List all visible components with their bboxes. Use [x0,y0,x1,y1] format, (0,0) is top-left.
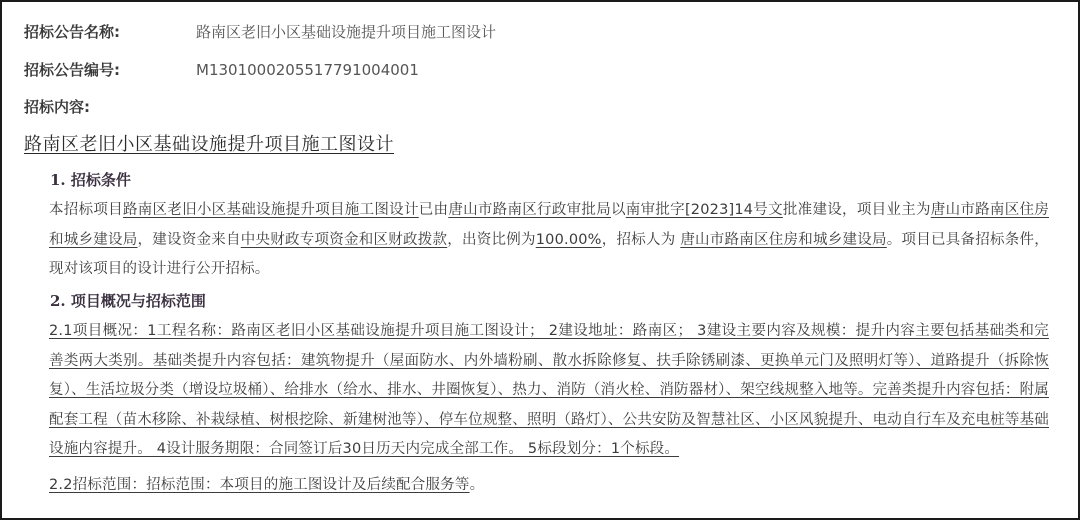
content-label-row: 招标内容: [24,97,196,117]
text-segment: 批准建设，项目业主为 [783,202,931,218]
tenderer: 唐山市路南区住房和城乡建设局 [680,232,886,248]
announcement-name-value: 路南区老旧小区基础设施提升项目施工图设计 [196,23,496,41]
announcement-name-label: 招标公告名称: [24,22,196,42]
bidding-scope-paragraph: 2.2招标范围：招标范围：本项目的施工图设计及后续配合服务等。 [49,471,1049,501]
text-segment: ，招标人为 [602,232,681,248]
approval-authority: 唐山市路南区行政审批局 [448,202,611,218]
content-label: 招标内容: [24,97,196,117]
text-segment: 本招标项目 [49,202,123,218]
content-title: 路南区老旧小区基础设施提升项目施工图设计 [24,133,394,157]
approval-document: 南审批字[2023]14号文 [626,202,783,218]
text-segment: ，出资比例为 [447,232,536,248]
funding-source: 中央财政专项资金和区财政拨款 [241,232,447,248]
announcement-name-row: 招标公告名称:路南区老旧小区基础设施提升项目施工图设计 [24,22,496,42]
section-heading-bidding-conditions: 1. 招标条件 [50,170,131,190]
bidding-conditions-paragraph: 本招标项目路南区老旧小区基础设施提升项目施工图设计已由唐山市路南区行政审批局以南… [49,196,1049,285]
announcement-number-label: 招标公告编号: [24,60,196,80]
bidding-scope-text: 2.2招标范围：招标范围：本项目的施工图设计及后续配合服务等 [49,477,470,493]
text-segment: 。 [470,477,485,493]
text-segment: 以 [611,202,626,218]
funding-ratio: 100.00% [536,232,602,248]
text-segment: ，建设资金来自 [138,232,241,248]
announcement-number-row: 招标公告编号:M1301000205517791004001 [24,60,419,80]
announcement-number-value: M1301000205517791004001 [196,61,419,79]
announcement-panel: 招标公告名称:路南区老旧小区基础设施提升项目施工图设计 招标公告编号:M1301… [0,0,1080,520]
text-segment: 已由 [419,202,449,218]
project-overview-paragraph: 2.1项目概况：1工程名称：路南区老旧小区基础设施提升项目施工图设计； 2建设地… [49,317,1049,465]
project-name-link: 路南区老旧小区基础设施提升项目施工图设计 [123,202,419,218]
section-heading-project-overview: 2. 项目概况与招标范围 [50,291,206,311]
